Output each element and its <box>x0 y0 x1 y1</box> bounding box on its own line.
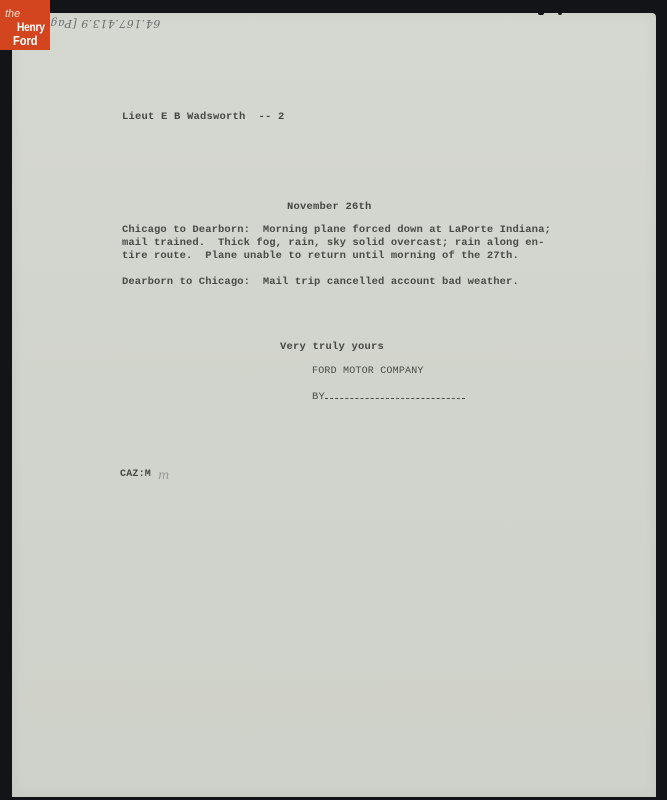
logo-the: the <box>5 8 20 20</box>
typist-initials: CAZ:M <box>120 469 151 480</box>
paragraph-chicago-to-dearborn: Chicago to Dearborn: Morning plane force… <box>122 224 542 263</box>
paper-tear-mark <box>538 10 544 15</box>
logo-ford: Ford <box>13 33 38 48</box>
document-page <box>12 13 656 797</box>
letter-date: November 26th <box>287 201 372 213</box>
henry-ford-logo: the Henry Ford <box>0 0 50 50</box>
archive-accession-number: 64.167.413.9 [Pag <box>50 17 160 30</box>
signature-blank <box>325 398 465 399</box>
signature-line: BY <box>312 391 465 403</box>
closing: Very truly yours <box>280 341 384 353</box>
letter-header: Lieut E B Wadsworth -- 2 <box>122 111 285 123</box>
by-label: BY <box>312 391 325 403</box>
paper-tear-mark <box>558 10 562 15</box>
logo-henry: Henry <box>17 20 45 34</box>
paragraph-dearborn-to-chicago: Dearborn to Chicago: Mail trip cancelled… <box>122 276 542 289</box>
handwritten-initial: m <box>158 468 169 482</box>
company-name: FORD MOTOR COMPANY <box>312 366 424 377</box>
